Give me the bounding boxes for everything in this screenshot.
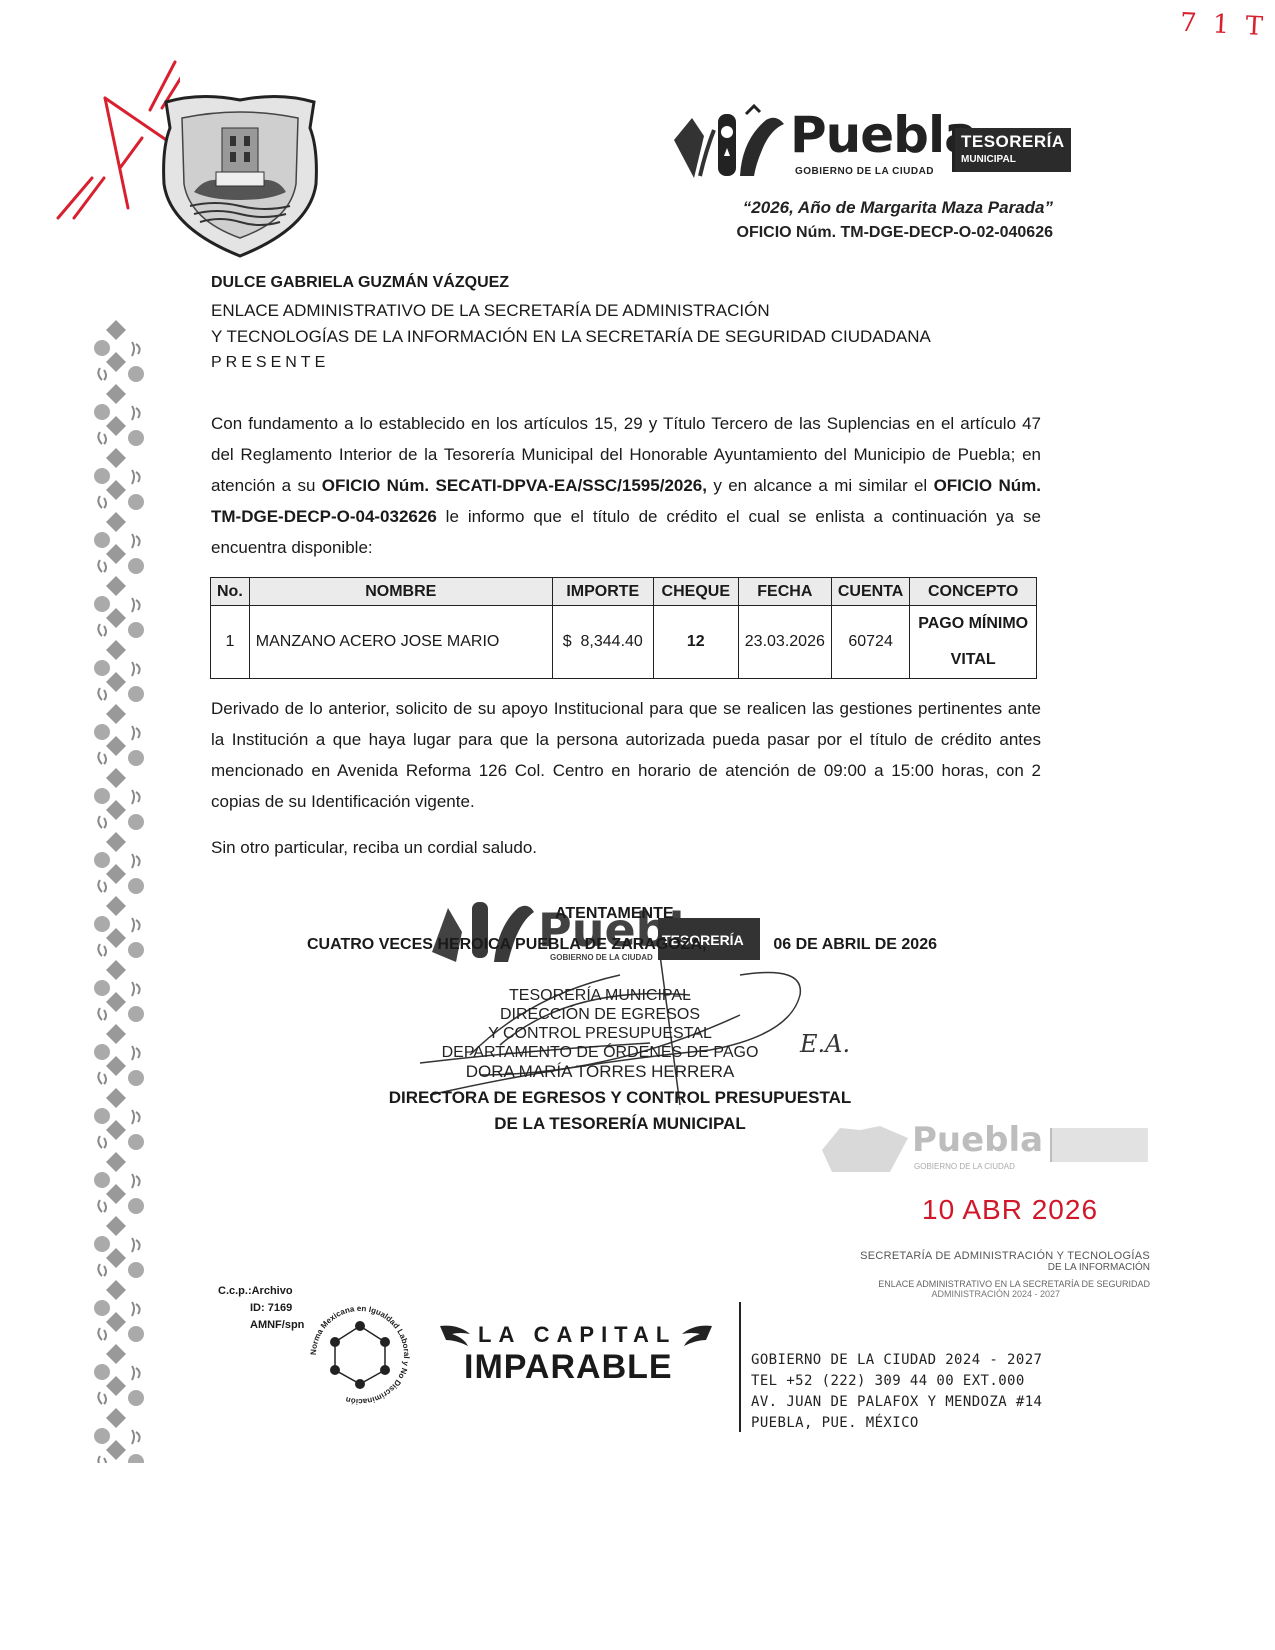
salutation: PRESENTE xyxy=(211,350,971,376)
column-header-cuenta: CUENTA xyxy=(831,578,909,606)
contact-info: GOBIERNO DE LA CIUDAD 2024 - 2027 TEL +5… xyxy=(751,1350,1042,1434)
stamp-line: Y CONTROL PRESUPUESTAL xyxy=(420,1024,780,1043)
received-date-stamp: 10 ABR 2026 xyxy=(922,1194,1098,1226)
received-stamp-line: ADMINISTRACIÓN 2024 - 2027 xyxy=(820,1289,1150,1299)
puebla-tesoreria-logo: Puebla GOBIERNO DE LA CIUDAD TESORERÍA M… xyxy=(670,100,1070,182)
handwritten-initials: E.A. xyxy=(800,1030,850,1058)
year-motto: “2026, Año de Margarita Maza Parada” xyxy=(743,198,1053,218)
signer-name: DORA MARÍA TORRES HERRERA xyxy=(420,1062,780,1081)
place-and-date: CUATRO VECES HEROICA PUEBLA DE ZARAGOZA,… xyxy=(307,936,937,954)
stamp-line: DIRECCIÓN DE EGRESOS xyxy=(420,1005,780,1024)
logo-puebla-wordmark: Puebla xyxy=(790,106,977,164)
footer-divider xyxy=(739,1302,741,1432)
la-capital-imparable-logo: LA CAPITAL IMPARABLE xyxy=(438,1322,718,1392)
received-stamp-block: SECRETARÍA DE ADMINISTRACIÓN Y TECNOLOGÍ… xyxy=(820,1250,1150,1299)
wing-right-icon xyxy=(678,1322,714,1352)
received-stamp-emblem-icon xyxy=(820,1120,910,1176)
svg-text:Norma Mexicana en Igualdad Lab: Norma Mexicana en Igualdad Laboral y No … xyxy=(309,1304,411,1406)
cell-importe: $ 8,344.40 xyxy=(552,606,653,679)
signing-place: CUATRO VECES HEROICA PUEBLA DE ZARAGOZA, xyxy=(307,936,706,953)
cell-cuenta: 60724 xyxy=(831,606,909,679)
column-header-nombre: NOMBRE xyxy=(249,578,552,606)
received-stamp-line: DE LA INFORMACIÓN xyxy=(820,1262,1150,1273)
para1-text: y en alcance a mi similar el xyxy=(707,476,934,495)
body-paragraph-3: Sin otro particular, reciba un cordial s… xyxy=(211,832,1041,863)
column-header-importe: IMPORTE xyxy=(552,578,653,606)
stamp-line: TESORERÍA MUNICIPAL xyxy=(420,986,780,1005)
column-header-no: No. xyxy=(211,578,250,606)
stamp-line: DEPARTAMENTO DE ÓRDENES DE PAGO xyxy=(420,1043,780,1062)
received-stamp-logo: Puebla GOBIERNO DE LA CIUDAD xyxy=(820,1120,1150,1176)
received-stamp-subtitle: GOBIERNO DE LA CIUDAD xyxy=(914,1162,1015,1171)
recipient-name: DULCE GABRIELA GUZMÁN VÁZQUEZ xyxy=(211,274,971,292)
closing-atentamente: ATENTAMENTE xyxy=(555,905,674,923)
recipient-position-line: ENLACE ADMINISTRATIVO DE LA SECRETARÍA D… xyxy=(211,298,971,324)
signer-title-line: DIRECTORA DE EGRESOS Y CONTROL PRESUPUES… xyxy=(360,1085,880,1111)
tesoreria-badge-subtitle: MUNICIPAL xyxy=(961,154,1016,165)
table-header-row: No. NOMBRE IMPORTE CHEQUE FECHA CUENTA C… xyxy=(211,578,1037,606)
typist-initials: AMNF/spn xyxy=(218,1317,304,1334)
contact-city: PUEBLA, PUE. MÉXICO xyxy=(751,1413,1042,1434)
tesoreria-badge: TESORERÍA MUNICIPAL xyxy=(952,128,1071,172)
contact-phone: TEL +52 (222) 309 44 00 EXT.000 xyxy=(751,1371,1042,1392)
contact-line: GOBIERNO DE LA CIUDAD 2024 - 2027 xyxy=(751,1350,1042,1371)
oficio-number: OFICIO Núm. TM-DGE-DECP-O-02-040626 xyxy=(737,224,1054,242)
signing-date: 06 DE ABRIL DE 2026 xyxy=(773,936,937,954)
logo-subtitle: GOBIERNO DE LA CIUDAD xyxy=(795,166,934,177)
logo-line-imparable: IMPARABLE xyxy=(464,1348,673,1387)
department-stamp-text: TESORERÍA MUNICIPAL DIRECCIÓN DE EGRESOS… xyxy=(420,986,780,1081)
signer-title: DIRECTORA DE EGRESOS Y CONTROL PRESUPUES… xyxy=(360,1085,880,1137)
received-stamp-line: ENLACE ADMINISTRATIVO EN LA SECRETARÍA D… xyxy=(820,1279,1150,1289)
decorative-floral-border-icon xyxy=(92,318,148,1463)
reference-oficio-secati: OFICIO Núm. SECATI-DPVA-EA/SSC/1595/2026… xyxy=(322,476,707,495)
cell-nombre: MANZANO ACERO JOSE MARIO xyxy=(249,606,552,679)
cell-cheque: 12 xyxy=(653,606,738,679)
concepto-line: VITAL xyxy=(916,642,1030,678)
document-id: ID: 7169 xyxy=(218,1300,304,1317)
cell-fecha: 23.03.2026 xyxy=(738,606,831,679)
carbon-copy-block: C.c.p.:Archivo ID: 7169 AMNF/spn xyxy=(218,1283,304,1334)
received-stamp-line: SECRETARÍA DE ADMINISTRACIÓN Y TECNOLOGÍ… xyxy=(820,1250,1150,1262)
body-paragraph-1: Con fundamento a lo establecido en los a… xyxy=(211,408,1041,563)
table-row: 1 MANZANO ACERO JOSE MARIO $ 8,344.40 12… xyxy=(211,606,1037,679)
handwritten-a-mark-icon xyxy=(40,40,180,220)
received-stamp-wordmark: Puebla xyxy=(912,1120,1043,1160)
cell-concepto: PAGO MÍNIMO VITAL xyxy=(910,606,1037,679)
recipient-position-line: Y TECNOLOGÍAS DE LA INFORMACIÓN EN LA SE… xyxy=(211,324,971,350)
credit-title-table: No. NOMBRE IMPORTE CHEQUE FECHA CUENTA C… xyxy=(210,577,1037,679)
concepto-line: PAGO MÍNIMO xyxy=(916,606,1030,642)
equality-seal-text: Norma Mexicana en Igualdad Laboral y No … xyxy=(309,1304,411,1406)
column-header-cheque: CHEQUE xyxy=(653,578,738,606)
logo-line-la-capital: LA CAPITAL xyxy=(478,1322,676,1348)
city-shield-seal-icon xyxy=(160,88,320,260)
puebla-city-emblem-icon xyxy=(670,100,788,180)
ccp-archivo: C.c.p.:Archivo xyxy=(218,1283,304,1300)
column-header-concepto: CONCEPTO xyxy=(910,578,1037,606)
handwritten-corner-mark: 7 1 T xyxy=(1179,8,1267,43)
cell-no: 1 xyxy=(211,606,250,679)
recipient-block: DULCE GABRIELA GUZMÁN VÁZQUEZ ENLACE ADM… xyxy=(211,274,971,376)
contact-address: AV. JUAN DE PALAFOX Y MENDOZA #14 xyxy=(751,1392,1042,1413)
tesoreria-badge-title: TESORERÍA xyxy=(961,132,1065,152)
body-paragraph-2: Derivado de lo anterior, solicito de su … xyxy=(211,693,1041,817)
column-header-fecha: FECHA xyxy=(738,578,831,606)
equality-norm-seal-icon: Norma Mexicana en Igualdad Laboral y No … xyxy=(305,1300,415,1410)
signer-title-line: DE LA TESORERÍA MUNICIPAL xyxy=(360,1111,880,1137)
